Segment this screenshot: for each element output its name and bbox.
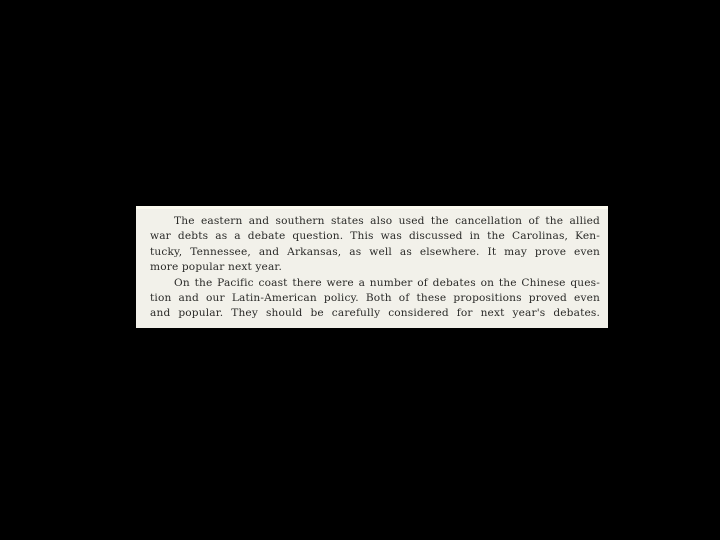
document-clipping: The eastern and southern states also use… [136,206,608,328]
paragraph-1-line-2: war debts as a debate question. This was… [150,229,600,244]
paragraph-2: On the Pacific coast there were a number… [150,276,600,322]
paragraph-1: The eastern and southern states also use… [150,214,600,276]
paragraph-1-line-4: more popular next year. [150,260,600,275]
paragraph-2-line-3: and popular. They should be carefully co… [150,306,600,321]
paragraph-2-line-1: On the Pacific coast there were a number… [150,276,600,291]
paragraph-1-line-1: The eastern and southern states also use… [150,214,600,229]
paragraph-2-line-2: tion and our Latin-American policy. Both… [150,291,600,306]
page: The eastern and southern states also use… [0,0,720,540]
document-text: The eastern and southern states also use… [150,214,600,322]
paragraph-1-line-3: tucky, Tennessee, and Arkansas, as well … [150,245,600,260]
